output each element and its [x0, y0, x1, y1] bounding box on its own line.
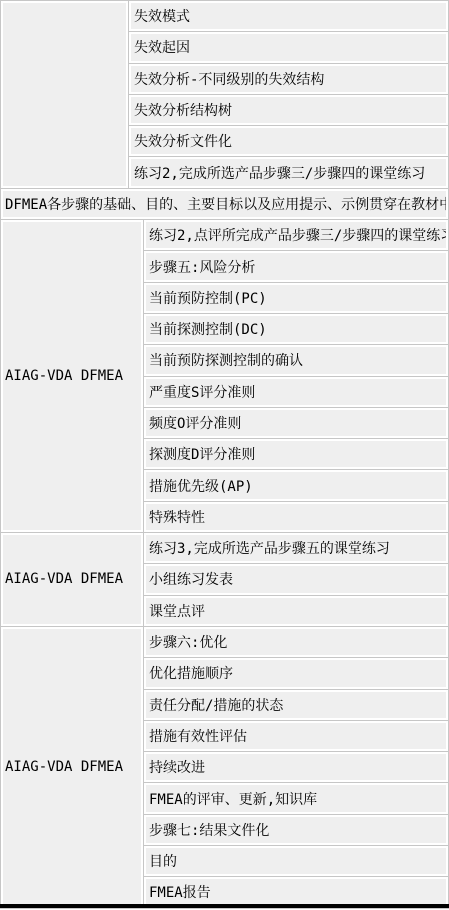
summary-band-text: DFMEA各步骤的基础、目的、主要目标以及应用提示、示例贯穿在教材中 [1, 189, 448, 219]
summary-band-block: DFMEA各步骤的基础、目的、主要目标以及应用提示、示例贯穿在教材中 [0, 188, 449, 220]
section-rows: 练习2,点评所完成产品步骤三/步骤四的课堂练习步骤五:风险分析当前预防控制(PC… [144, 220, 448, 532]
outline-row: 步骤六:优化 [144, 627, 448, 657]
section-label: AIAG-VDA DFMEA [1, 627, 143, 908]
outline-row: 严重度S评分准则 [144, 377, 448, 407]
outline-row: 失效模式 [129, 1, 448, 31]
outline-section: AIAG-VDA DFMEA练习2,点评所完成产品步骤三/步骤四的课堂练习步骤五… [1, 220, 448, 532]
outline-row: 当前预防探测控制的确认 [144, 345, 448, 375]
section-rows: 练习3,完成所选产品步骤五的课堂练习小组练习发表课堂点评 [144, 533, 448, 626]
outline-row: 步骤七:结果文件化 [144, 815, 448, 845]
outline-section: 失效模式失效起因失效分析-不同级别的失效结构失效分析结构树失效分析文件化练习2,… [1, 1, 448, 188]
section-label: AIAG-VDA DFMEA [1, 533, 143, 626]
outline-row: 失效分析-不同级别的失效结构 [129, 64, 448, 94]
outline-row: 练习3,完成所选产品步骤五的课堂练习 [144, 533, 448, 563]
section-label: AIAG-VDA DFMEA [1, 220, 143, 532]
outline-row: 失效起因 [129, 32, 448, 62]
section-rows: 步骤六:优化优化措施顺序责任分配/措施的状态措施有效性评估持续改进FMEA的评审… [144, 627, 448, 908]
outline-section: AIAG-VDA DFMEA步骤六:优化优化措施顺序责任分配/措施的状态措施有效… [1, 627, 448, 908]
outline-row: 小组练习发表 [144, 564, 448, 594]
section-label [1, 1, 128, 188]
outline-row: 责任分配/措施的状态 [144, 690, 448, 720]
outline-section: AIAG-VDA DFMEA练习3,完成所选产品步骤五的课堂练习小组练习发表课堂… [1, 533, 448, 626]
outline-row: 措施优先级(AP) [144, 470, 448, 500]
outline-row: 特殊特性 [144, 502, 448, 532]
outline-row: 步骤五:风险分析 [144, 251, 448, 281]
outline-row: 课堂点评 [144, 596, 448, 626]
outline-section-block: 失效模式失效起因失效分析-不同级别的失效结构失效分析结构树失效分析文件化练习2,… [0, 0, 449, 189]
outline-row: 当前预防控制(PC) [144, 283, 448, 313]
course-outline-table: 失效模式失效起因失效分析-不同级别的失效结构失效分析结构树失效分析文件化练习2,… [0, 0, 449, 909]
outline-row: 目的 [144, 846, 448, 876]
outline-row: 失效分析结构树 [129, 95, 448, 125]
outline-row: 频度O评分准则 [144, 408, 448, 438]
outline-row: FMEA的评审、更新,知识库 [144, 783, 448, 813]
outline-section-block: AIAG-VDA DFMEA步骤六:优化优化措施顺序责任分配/措施的状态措施有效… [0, 626, 449, 909]
outline-row: 措施有效性评估 [144, 721, 448, 751]
outline-section-block: AIAG-VDA DFMEA练习3,完成所选产品步骤五的课堂练习小组练习发表课堂… [0, 532, 449, 627]
outline-row: 练习2,完成所选产品步骤三/步骤四的课堂练习 [129, 157, 448, 187]
outline-section-block: AIAG-VDA DFMEA练习2,点评所完成产品步骤三/步骤四的课堂练习步骤五… [0, 219, 449, 533]
outline-row: 练习2,点评所完成产品步骤三/步骤四的课堂练习 [144, 220, 448, 250]
outline-row: 优化措施顺序 [144, 658, 448, 688]
window-bottom-edge [0, 904, 449, 908]
course-outline-page: 失效模式失效起因失效分析-不同级别的失效结构失效分析结构树失效分析文件化练习2,… [0, 0, 449, 910]
outline-row: 探测度D评分准则 [144, 439, 448, 469]
outline-row: 当前探测控制(DC) [144, 314, 448, 344]
outline-row: 持续改进 [144, 752, 448, 782]
section-rows: 失效模式失效起因失效分析-不同级别的失效结构失效分析结构树失效分析文件化练习2,… [129, 1, 448, 188]
outline-row: 失效分析文件化 [129, 126, 448, 156]
